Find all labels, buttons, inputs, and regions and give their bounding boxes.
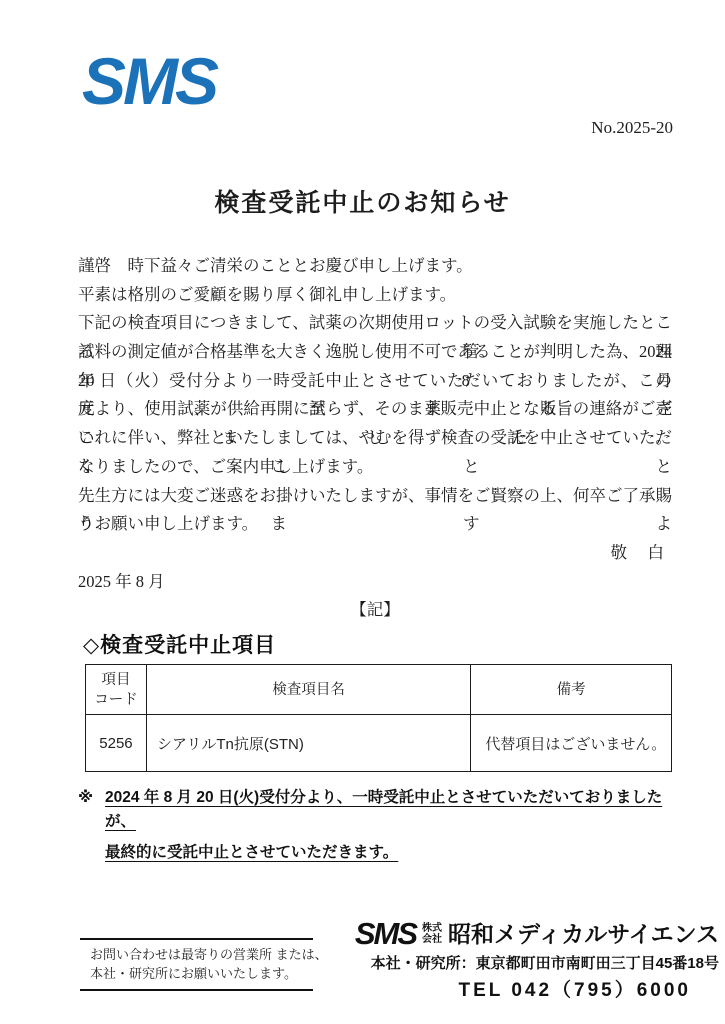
body-line: 試料の測定値が合格基準を大きく逸脱し使用不可であることが判明した為、2024 年… (78, 338, 672, 367)
body-line: 下記の検査項目につきまして、試薬の次期使用ロットの受入試験を実施したところ、管理 (78, 309, 672, 338)
contact-info-box: お問い合わせは最寄りの営業所 または、 本社・研究所にお願いいたします。 (80, 938, 313, 991)
page-title: 検査受託中止のお知らせ (0, 183, 725, 219)
suspended-items-table: 項目 コード 検査項目名 備考 5256 シアリルTn抗原(STN) 代替項目は… (85, 664, 672, 772)
body-line: 20 日（火）受付分より一時受託中止とさせていただいておりましたが、この度、試薬… (78, 367, 672, 396)
contact-line: 本社・研究所にお願いいたします。 (90, 964, 305, 983)
cell-item-name: シアリルTn抗原(STN) (146, 715, 470, 772)
cell-item-code: 5256 (86, 715, 147, 772)
company-name: 昭和メディカルサイエンス (448, 921, 719, 947)
company-name-line: SMS 株式 会社 昭和メディカルサイエンス (355, 918, 719, 949)
section-heading: ◇検査受託中止項目 (83, 629, 276, 659)
table-header-row: 項目 コード 検査項目名 備考 (86, 665, 672, 715)
header-item-code-line1: 項目 (101, 672, 130, 688)
header-item-name: 検査項目名 (146, 665, 470, 715)
body-line: 先生方には大変ご迷惑をお掛けいたしますが、事情をご賢察の上、何卒ご了承賜りますよ (78, 482, 672, 511)
corporation-type: 株式 会社 (422, 923, 442, 945)
sms-logo: SMS (82, 48, 216, 114)
note-marker: ※ (78, 786, 105, 872)
letter-body: 謹啓 時下益々ご清栄のこととお慶び申し上げます。 平素は格別のご愛顧を賜り厚く御… (78, 252, 672, 625)
cell-remarks: 代替項目はございません。 (471, 715, 672, 772)
table-row: 5256 シアリルTn抗原(STN) 代替項目はございません。 (86, 715, 672, 772)
suspension-note: ※ 2024 年 8 月 20 日(火)受付分より、一時受託中止とさせていただい… (78, 786, 678, 872)
document-number: No.2025-20 (591, 118, 673, 138)
note-line: 最終的に受託中止とさせていただきます。 (105, 841, 398, 865)
company-address: 本社・研究所：東京都町田市南町田三丁目45番18号 (355, 952, 719, 973)
company-footer: SMS 株式 会社 昭和メディカルサイエンス 本社・研究所：東京都町田市南町田三… (355, 918, 719, 1002)
body-line: 謹啓 時下益々ご清栄のこととお慶び申し上げます。 (78, 252, 672, 281)
sms-footer-logo: SMS (355, 918, 416, 949)
body-line: これに伴い、弊社といたしましては、やむを得ず検査の受託を中止させていただくことと (78, 424, 672, 453)
contact-line: お問い合わせは最寄りの営業所 または、 (90, 945, 305, 964)
header-item-code: 項目 コード (86, 665, 147, 715)
closing-salutation: 敬 白 (78, 539, 672, 568)
header-item-code-line2: コード (94, 692, 138, 708)
company-phone: TEL 042（795）6000 (355, 975, 719, 1002)
record-marker: 【記】 (78, 596, 672, 625)
note-line: 2024 年 8 月 20 日(火)受付分より、一時受託中止とさせていただいてお… (105, 786, 678, 834)
body-line: 元より、使用試薬が供給再開に至らず、そのまま販売中止となる旨の連絡がございました… (78, 395, 672, 424)
corporation-type-line2: 会社 (422, 934, 442, 945)
letter-date: 2025 年 8 月 (78, 568, 672, 597)
header-remarks: 備考 (471, 665, 672, 715)
document-page: SMS No.2025-20 検査受託中止のお知らせ 謹啓 時下益々ご清栄のこと… (0, 0, 725, 1024)
body-line: 平素は格別のご愛顧を賜り厚く御礼申し上げます。 (78, 281, 672, 310)
corporation-type-line1: 株式 (422, 923, 442, 934)
